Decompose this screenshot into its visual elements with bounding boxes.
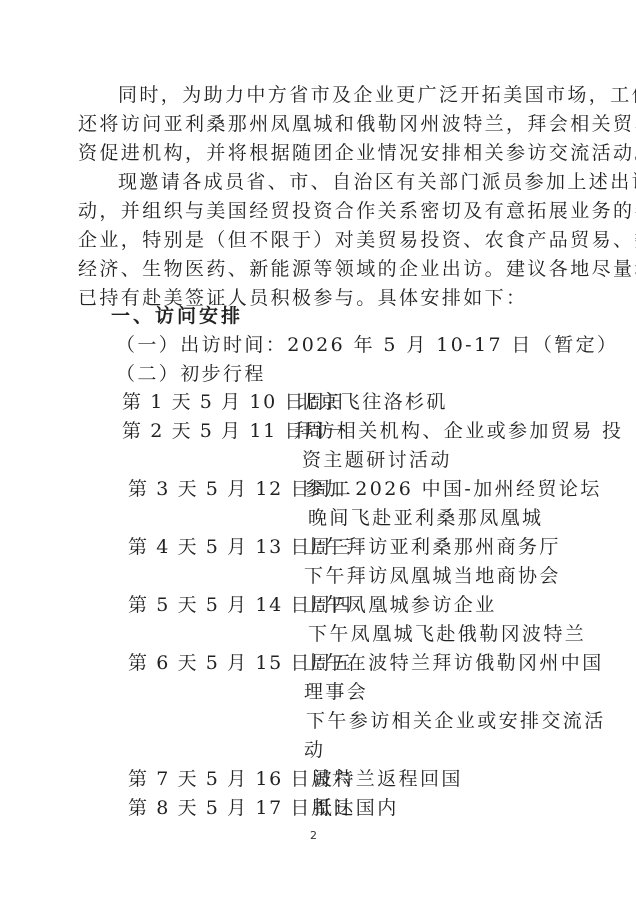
itinerary-activity: 动	[304, 738, 325, 762]
page-number: 2	[310, 829, 317, 842]
visit-time: （一）出访时间：2026 年 5 月 10-17 日（暂定）	[116, 333, 618, 357]
itinerary-activity: 上午在波特兰拜访俄勒冈州中国	[304, 651, 604, 675]
itinerary-activity: 资主题研讨活动	[302, 448, 452, 472]
itinerary-activity: 抵达国内	[313, 796, 399, 820]
invitation-line-2: 动，并组织与美国经贸投资合作关系密切及有意拓展业务的各类	[78, 199, 636, 223]
itinerary-activity: 波特兰返程回国	[313, 767, 463, 791]
itinerary-activity: 上午拜访亚利桑那州商务厅	[304, 535, 561, 559]
itinerary-activity: 北京飞往洛杉矶	[298, 390, 448, 414]
invitation-line-3: 企业，特别是（但不限于）对美贸易投资、农食产品贸易、数字	[78, 228, 636, 252]
invitation-line-4: 经济、生物医药、新能源等领域的企业出访。建议各地尽量动员	[78, 257, 636, 281]
intro-line-3: 资促进机构，并将根据随团企业情况安排相关参访交流活动。	[78, 141, 636, 165]
intro-line-2: 还将访问亚利桑那州凤凰城和俄勒冈州波特兰，拜会相关贸易投	[78, 112, 636, 136]
itinerary-activity: 拜访相关机构、企业或参加贸易 投	[294, 419, 623, 443]
itinerary-activity: 下午拜访凤凰城当地商协会	[304, 564, 561, 588]
document-page: 同时，为助力中方省市及企业更广泛开拓美国市场，工作组 还将访问亚利桑那州凤凰城和…	[0, 0, 636, 901]
itinerary-activity: 上午凤凰城参访企业	[304, 593, 497, 617]
intro-line-1: 同时，为助力中方省市及企业更广泛开拓美国市场，工作组	[118, 83, 636, 107]
itinerary-title: （二）初步行程	[116, 362, 266, 386]
itinerary-activity: 参加 2026 中国-加州经贸论坛	[304, 477, 602, 501]
section-heading: 一、访问安排	[111, 304, 243, 328]
itinerary-activity: 下午凤凰城飞赴俄勒冈波特兰	[308, 622, 586, 646]
invitation-line-1: 现邀请各成员省、市、自治区有关部门派员参加上述出访活	[118, 170, 636, 194]
itinerary-activity: 下午参访相关企业或安排交流活	[306, 709, 606, 733]
itinerary-activity: 理事会	[304, 680, 368, 704]
itinerary-activity: 晚间飞赴亚利桑那凤凰城	[308, 506, 543, 530]
